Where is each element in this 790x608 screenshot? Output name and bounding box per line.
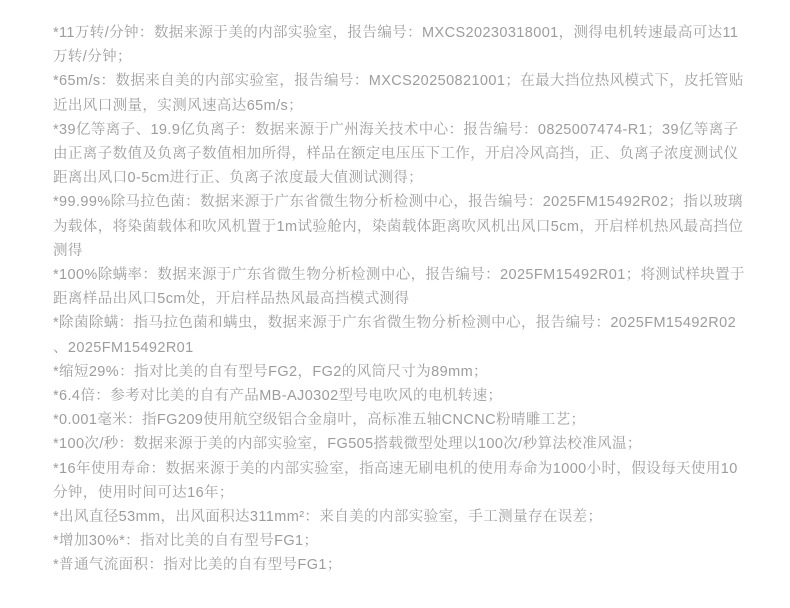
disclaimer-line-16: *6.4倍：参考对比美的自有产品MB-AJ0302型号电吹风的电机转速；	[53, 384, 760, 408]
disclaimer-line-21: *出风直径53mm，出风面积达311mm²：来自美的内部实验室，手工测量存在误差…	[53, 505, 760, 529]
disclaimer-line-10: 测得	[53, 239, 760, 263]
disclaimer-line-9: 为载体，将染菌载体和吹风机置于1m试验舱内，染菌载体距离吹风机出风口5cm，开启…	[53, 215, 760, 239]
disclaimer-line-17: *0.001毫米：指FG209使用航空级铝合金扇叶，高标准五轴CNCNC粉晴雕工…	[53, 408, 760, 432]
disclaimer-line-11: *100%除螨率：数据来源于广东省微生物分析检测中心，报告编号：2025FM15…	[53, 263, 760, 287]
disclaimer-line-19: *16年使用寿命：数据来源于美的内部实验室，指高速无刷电机的使用寿命为1000小…	[53, 457, 760, 481]
disclaimer-line-20: 分钟，使用时间可达16年；	[53, 481, 760, 505]
product-disclaimer-page: *11万转/分钟：数据来源于美的内部实验室，报告编号：MXCS202303180…	[0, 0, 790, 608]
disclaimer-line-2: 万转/分钟；	[53, 45, 760, 69]
disclaimer-line-6: 由正离子数值及负离子数值相加所得，样品在额定电压压下工作，开启冷风高挡，正、负离…	[53, 142, 760, 166]
disclaimer-line-7: 距离出风口0-5cm进行正、负离子浓度最大值测试测得；	[53, 166, 760, 190]
disclaimer-line-15: *缩短29%：指对比美的自有型号FG2，FG2的风筒尺寸为89mm；	[53, 360, 760, 384]
disclaimer-line-3: *65m/s：数据来自美的内部实验室，报告编号：MXCS20250821001；…	[53, 69, 760, 93]
disclaimer-line-23: *普通气流面积：指对比美的自有型号FG1；	[53, 553, 760, 577]
disclaimer-line-12: 距离样品出风口5cm处，开启样品热风最高挡模式测得	[53, 287, 760, 311]
disclaimer-line-18: *100次/秒：数据来源于美的内部实验室，FG505搭载微型处理以100次/秒算…	[53, 432, 760, 456]
disclaimer-line-4: 近出风口测量，实测风速高达65m/s；	[53, 94, 760, 118]
disclaimer-line-13: *除菌除螨：指马拉色菌和螨虫，数据来源于广东省微生物分析检测中心，报告编号：20…	[53, 311, 760, 335]
disclaimer-line-8: *99.99%除马拉色菌：数据来源于广东省微生物分析检测中心，报告编号：2025…	[53, 190, 760, 214]
disclaimer-line-22: *增加30%*：指对比美的自有型号FG1；	[53, 529, 760, 553]
disclaimer-line-5: *39亿等离子、19.9亿负离子：数据来源于广州海关技术中心：报告编号：0825…	[53, 118, 760, 142]
disclaimer-line-1: *11万转/分钟：数据来源于美的内部实验室，报告编号：MXCS202303180…	[53, 21, 760, 45]
disclaimer-line-14: 、2025FM15492R01	[53, 336, 760, 360]
disclaimer-section: *11万转/分钟：数据来源于美的内部实验室，报告编号：MXCS202303180…	[53, 21, 760, 578]
